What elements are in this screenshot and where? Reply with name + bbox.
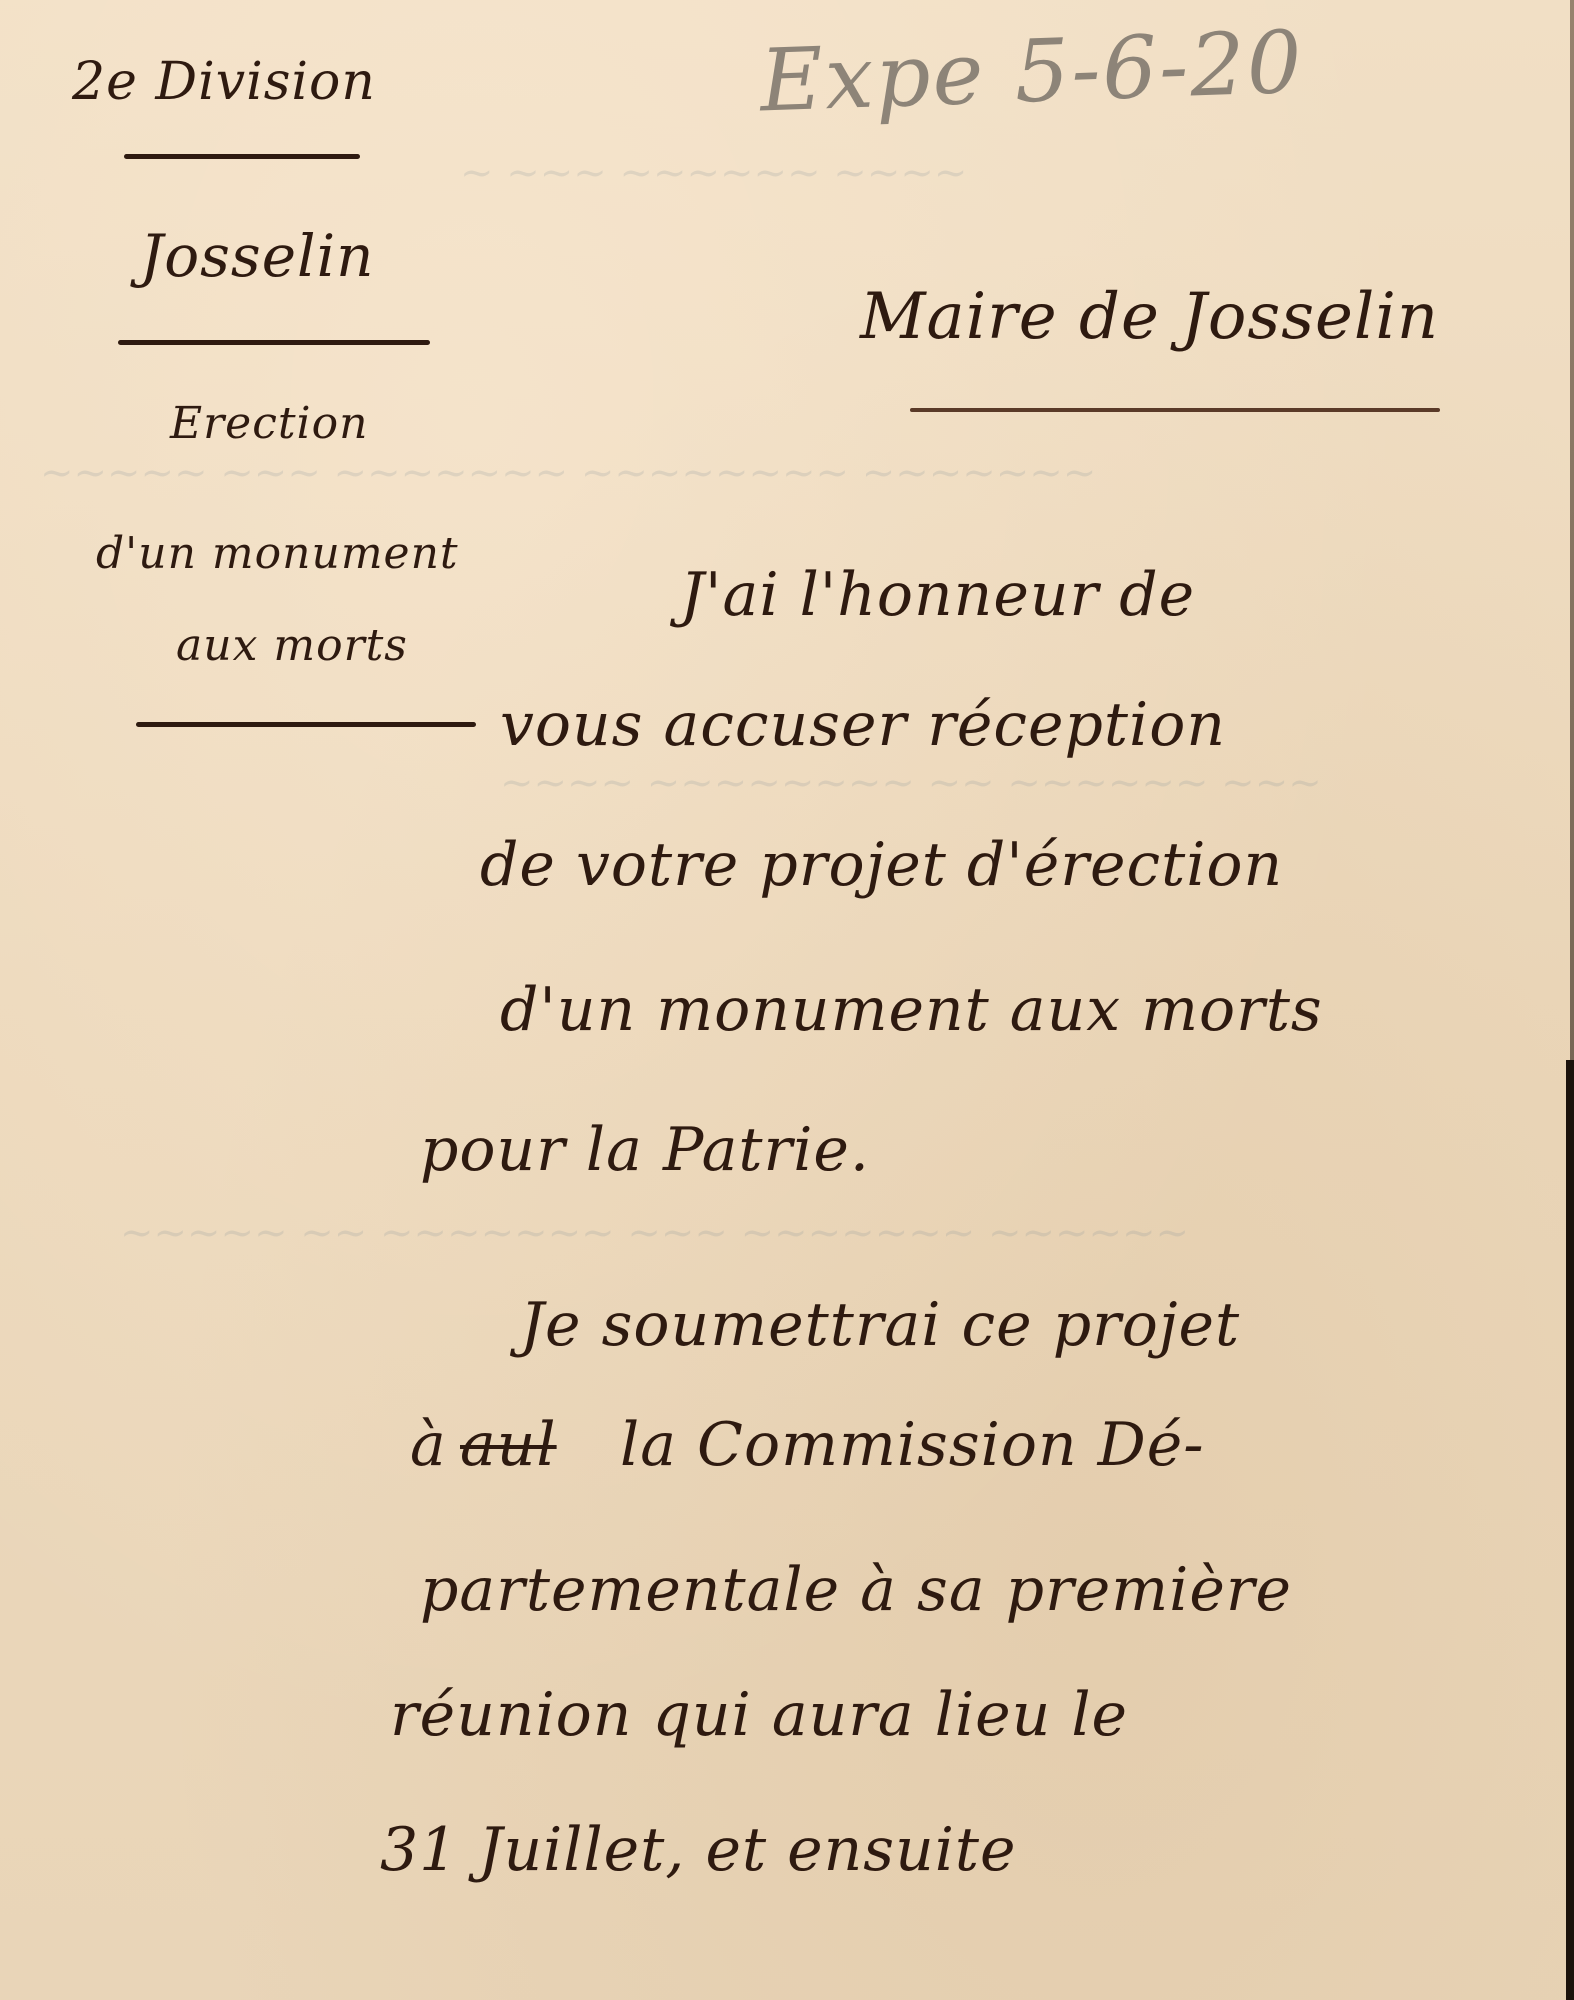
margin-subject-line-2: d'un monument [96,528,459,579]
body-line-10: 31 Juillet, et ensuite [380,1815,1017,1885]
body-line-7: la Commission Dé- [620,1410,1205,1480]
margin-subject-line-1: Erection [170,398,368,449]
body-line-1: J'ai l'honneur de [680,560,1195,630]
body-line-5: pour la Patrie. [420,1115,870,1185]
letter-page: ~ ~~~ ~~~~~~ ~~~~ ~~~~~ ~~~ ~~~~~~~ ~~~~… [0,0,1574,2000]
addressee: Maire de Josselin [860,280,1439,354]
margin-commune: Josselin [140,222,374,290]
body-line-9: réunion qui aura lieu le [390,1680,1128,1750]
margin-subject-line-3: aux morts [176,620,408,671]
bleed-through-text: ~~~~~ ~~~ ~~~~~~~ ~~~~~~~~ ~~~~~~~ [40,450,1096,496]
margin-rule [124,154,360,159]
margin-rule [118,340,430,345]
bleed-through-text: ~~~~ ~~~~~~~~ ~~ ~~~~~~ ~~~ [500,760,1322,806]
body-line-4: d'un monument aux morts [500,975,1323,1045]
addressee-rule [910,408,1440,412]
body-line-3: de votre projet d'érection [480,830,1283,900]
bleed-through-text: ~~~~~ ~~ ~~~~~~~ ~~~ ~~~~~~~ ~~~~~~ [120,1210,1189,1256]
page-edge [1570,0,1574,1060]
page-edge-shadow [1566,1060,1574,2000]
body-line-7-prefix: à [410,1410,447,1480]
margin-rule [136,722,476,727]
body-line-6: Je soumettrai ce projet [520,1290,1240,1360]
body-line-2: vous accuser réception [500,690,1226,760]
margin-division: 2e Division [72,52,376,112]
struck-out-word: aul [460,1410,557,1480]
body-line-8: partementale à sa première [420,1555,1292,1625]
bleed-through-text: ~ ~~~ ~~~~~~ ~~~~ [460,150,967,196]
dispatch-date-annotation: Expe 5-6-20 [758,13,1305,132]
